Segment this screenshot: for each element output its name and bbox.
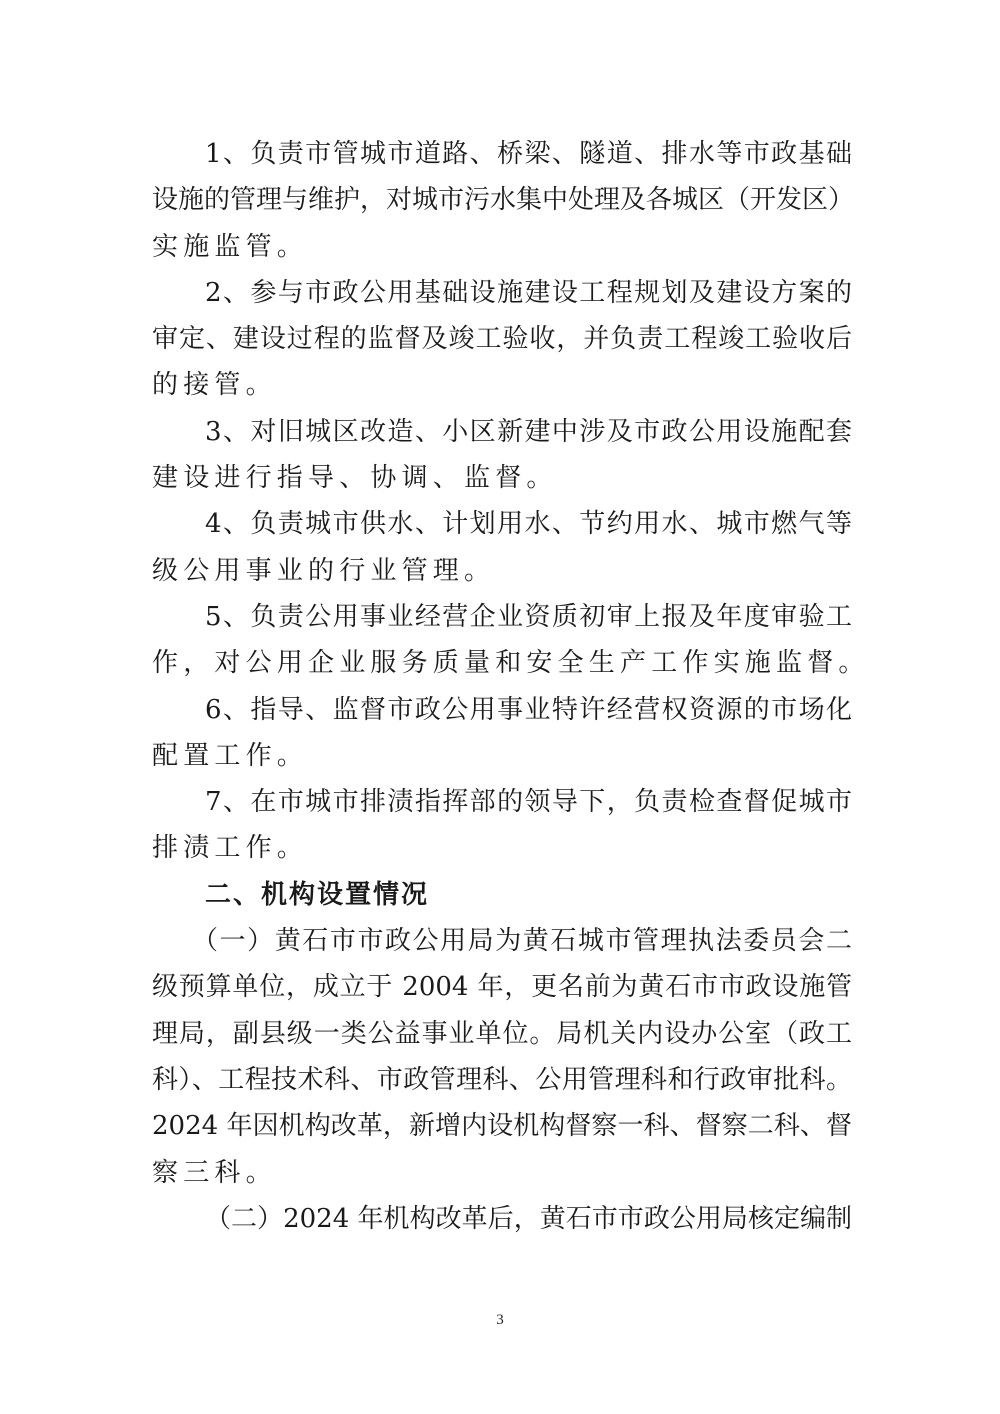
text-line: （二）2024 年机构改革后，黄石市市政公用局核定编制 [152,1196,852,1242]
paragraph-duty-7: 7、在市城市排渍指挥部的领导下，负责检查督促城市 排渍工作。 [152,779,852,872]
text-line: 作，对公用企业服务质量和安全生产工作实施监督。 [152,640,852,686]
text-line: 4、负责城市供水、计划用水、节约用水、城市燃气等 [152,501,852,547]
text-line: 排渍工作。 [152,825,852,871]
text-line: 5、负责公用事业经营企业资质初审上报及年度审验工 [152,594,852,640]
text-line: 审定、建设过程的监督及竣工验收，并负责工程竣工验收后 [152,316,852,362]
paragraph-duty-6: 6、指导、监督市政公用事业特许经营权资源的市场化 配置工作。 [152,687,852,780]
text-line: 设施的管理与维护，对城市污水集中处理及各城区（开发区） [152,177,852,223]
page-number: 3 [0,1312,1000,1329]
text-line: 理局，副县级一类公益事业单位。局机关内设办公室（政工 [152,1011,852,1057]
document-body: 1、负责市管城市道路、桥梁、隧道、排水等市政基础 设施的管理与维护，对城市污水集… [152,131,852,1242]
text-line: 配置工作。 [152,733,852,779]
paragraph-duty-1: 1、负责市管城市道路、桥梁、隧道、排水等市政基础 设施的管理与维护，对城市污水集… [152,131,852,270]
text-line: 6、指导、监督市政公用事业特许经营权资源的市场化 [152,687,852,733]
section-heading-text: 二、机构设置情况 [152,872,852,918]
text-line: 实施监管。 [152,224,852,270]
paragraph-section-2-item-2: （二）2024 年机构改革后，黄石市市政公用局核定编制 [152,1196,852,1242]
paragraph-section-2-item-1: （一）黄石市市政公用局为黄石城市管理执法委员会二 级预算单位，成立于 2004 … [152,918,852,1196]
paragraph-duty-4: 4、负责城市供水、计划用水、节约用水、城市燃气等 级公用事业的行业管理。 [152,501,852,594]
text-line: 级公用事业的行业管理。 [152,548,852,594]
text-line: 科）、工程技术科、市政管理科、公用管理科和行政审批科。 [152,1057,852,1103]
text-line: （一）黄石市市政公用局为黄石城市管理执法委员会二 [152,918,852,964]
paragraph-duty-5: 5、负责公用事业经营企业资质初审上报及年度审验工 作，对公用企业服务质量和安全生… [152,594,852,687]
document-page: 1、负责市管城市道路、桥梁、隧道、排水等市政基础 设施的管理与维护，对城市污水集… [0,0,1000,1414]
text-line: 7、在市城市排渍指挥部的领导下，负责检查督促城市 [152,779,852,825]
text-line: 2024 年因机构改革，新增内设机构督察一科、督察二科、督 [152,1103,852,1149]
text-line: 3、对旧城区改造、小区新建中涉及市政公用设施配套 [152,409,852,455]
text-line: 察三科。 [152,1150,852,1196]
text-line: 的接管。 [152,362,852,408]
text-line: 级预算单位，成立于 2004 年，更名前为黄石市市政设施管 [152,964,852,1010]
text-line: 1、负责市管城市道路、桥梁、隧道、排水等市政基础 [152,131,852,177]
text-line: 2、参与市政公用基础设施建设工程规划及建设方案的 [152,270,852,316]
text-line: 建设进行指导、协调、监督。 [152,455,852,501]
paragraph-duty-2: 2、参与市政公用基础设施建设工程规划及建设方案的 审定、建设过程的监督及竣工验收… [152,270,852,409]
paragraph-duty-3: 3、对旧城区改造、小区新建中涉及市政公用设施配套 建设进行指导、协调、监督。 [152,409,852,502]
section-heading: 二、机构设置情况 [152,872,852,918]
